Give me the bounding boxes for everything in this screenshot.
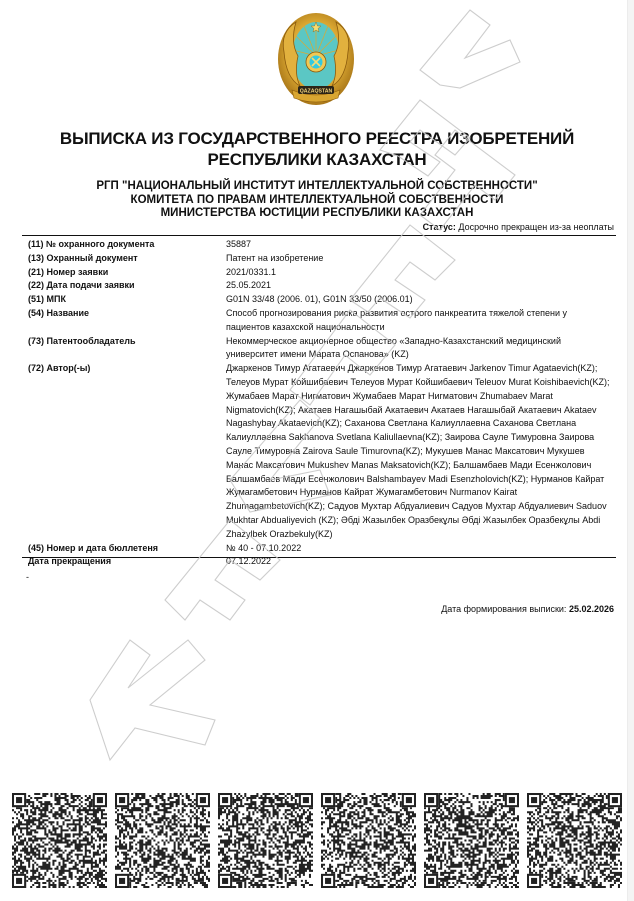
qr-code-icon bbox=[321, 793, 416, 888]
qr-code-icon bbox=[527, 793, 622, 888]
org-line: КОМИТЕТА ПО ПРАВАМ ИНТЕЛЛЕКТУАЛЬНОЙ СОБС… bbox=[20, 194, 614, 208]
field-label: (45) Номер и дата бюллетеня bbox=[28, 542, 226, 556]
registry-fields: (11) № охранного документа 35887 (13) Ох… bbox=[28, 238, 616, 569]
status-label: Статус: bbox=[423, 222, 456, 232]
org-line: МИНИСТЕРСТВА ЮСТИЦИИ РЕСПУБЛИКИ КАЗАХСТА… bbox=[20, 207, 614, 221]
field-value: 2021/0331.1 bbox=[226, 266, 616, 280]
page-edge bbox=[627, 0, 634, 901]
field-label: (54) Название bbox=[28, 307, 226, 335]
field-row: (45) Номер и дата бюллетеня № 40 - 07.10… bbox=[28, 542, 616, 556]
qr-code-icon bbox=[12, 793, 107, 888]
qr-code-strip bbox=[12, 793, 622, 888]
field-row: (51) МПК G01N 33/48 (2006. 01), G01N 33/… bbox=[28, 293, 616, 307]
issuing-organization: РГП "НАЦИОНАЛЬНЫЙ ИНСТИТУТ ИНТЕЛЛЕКТУАЛЬ… bbox=[20, 180, 614, 221]
field-label: (13) Охранный документ bbox=[28, 252, 226, 266]
qr-code-icon bbox=[218, 793, 313, 888]
field-value: Некоммерческое акционерное общество «Зап… bbox=[226, 335, 616, 363]
document-title: ВЫПИСКА ИЗ ГОСУДАРСТВЕННОГО РЕЕСТРА ИЗОБ… bbox=[20, 128, 614, 170]
field-row: (21) Номер заявки 2021/0331.1 bbox=[28, 266, 616, 280]
field-label: (72) Автор(-ы) bbox=[28, 362, 226, 541]
svg-text:QAZAQSTAN: QAZAQSTAN bbox=[300, 89, 333, 95]
field-label: (73) Патентообладатель bbox=[28, 335, 226, 363]
generation-date-line: Дата формирования выписки: 25.02.2026 bbox=[441, 604, 614, 614]
field-row: (73) Патентообладатель Некоммерческое ак… bbox=[28, 335, 616, 363]
field-label: (51) МПК bbox=[28, 293, 226, 307]
field-value: Патент на изобретение bbox=[226, 252, 616, 266]
divider-top bbox=[22, 235, 616, 236]
qr-code-icon bbox=[115, 793, 210, 888]
field-label: (11) № охранного документа bbox=[28, 238, 226, 252]
field-value: G01N 33/48 (2006. 01), G01N 33/50 (2006.… bbox=[226, 293, 616, 307]
field-row: (22) Дата подачи заявки 25.05.2021 bbox=[28, 279, 616, 293]
kazakhstan-emblem-icon: QAZAQSTAN bbox=[276, 12, 356, 108]
field-row: (72) Автор(-ы) Джаркенов Тимур Агатаевич… bbox=[28, 362, 616, 541]
field-label: (22) Дата подачи заявки bbox=[28, 279, 226, 293]
generation-date-label: Дата формирования выписки: bbox=[441, 604, 566, 614]
qr-code-icon bbox=[424, 793, 519, 888]
field-value: № 40 - 07.10.2022 bbox=[226, 542, 616, 556]
field-label: (21) Номер заявки bbox=[28, 266, 226, 280]
generation-date-value: 25.02.2026 bbox=[569, 604, 614, 614]
divider-bottom bbox=[22, 557, 616, 558]
org-line: РГП "НАЦИОНАЛЬНЫЙ ИНСТИТУТ ИНТЕЛЛЕКТУАЛЬ… bbox=[20, 180, 614, 194]
field-value: Джаркенов Тимур Агатаевич Джаркенов Тиму… bbox=[226, 362, 616, 541]
status-line: Статус: Досрочно прекращен из-за неоплат… bbox=[423, 222, 614, 233]
dash-mark: - bbox=[26, 572, 29, 582]
field-value: 35887 bbox=[226, 238, 616, 252]
field-row: (11) № охранного документа 35887 bbox=[28, 238, 616, 252]
field-row: (54) Название Способ прогнозирования рис… bbox=[28, 307, 616, 335]
field-value: 25.05.2021 bbox=[226, 279, 616, 293]
status-value: Досрочно прекращен из-за неоплаты bbox=[458, 222, 614, 232]
field-value: Способ прогнозирования риска развития ос… bbox=[226, 307, 616, 335]
field-row: (13) Охранный документ Патент на изобрет… bbox=[28, 252, 616, 266]
